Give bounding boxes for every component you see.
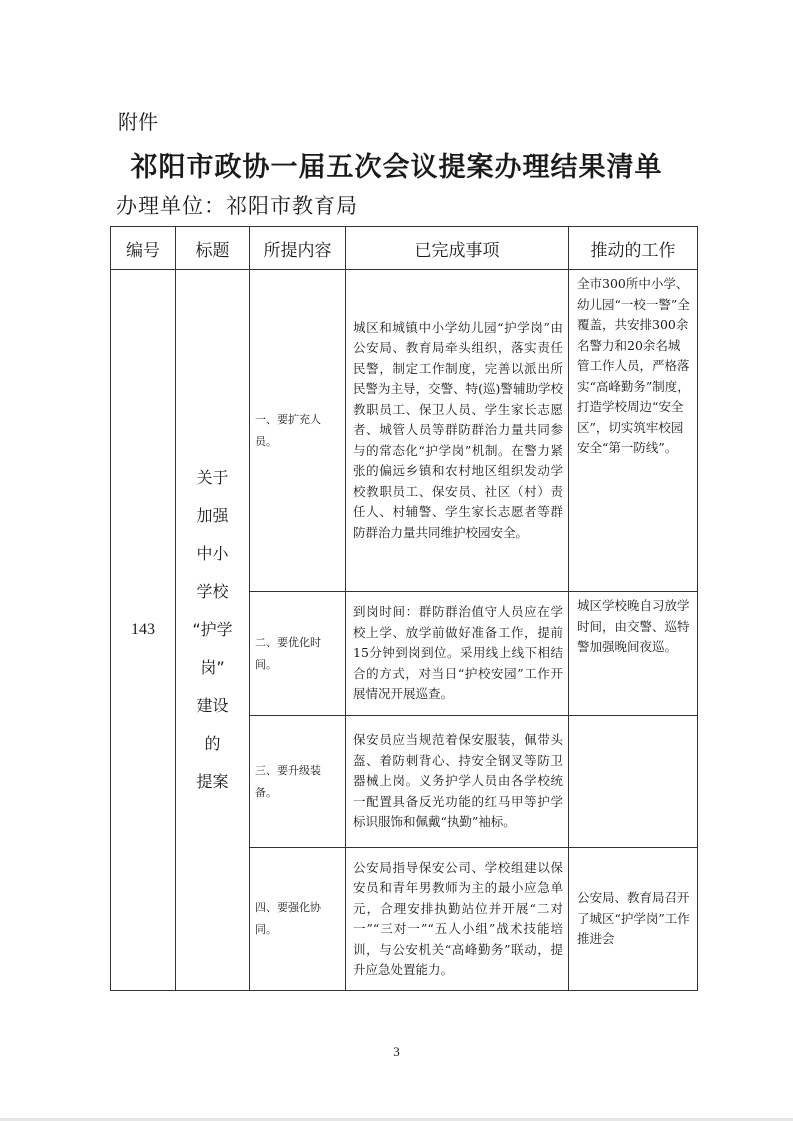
requirement-cell: 一、要扩充人员。 — [250, 270, 346, 592]
proposal-title-line: “护学 — [176, 611, 249, 649]
completed-cell: 城区和城镇中小学幼儿园“护学岗”由公安局、教育局牵头组织，落实责任民警，制定工作… — [346, 270, 569, 592]
column-header-title: 标题 — [176, 227, 250, 270]
proposal-title-line: 中小 — [176, 535, 249, 573]
promoted-cell: 城区学校晚自习放学时间，由交警、巡特警加强晚间夜巡。 — [569, 592, 698, 716]
requirement-cell: 三、要升级装备。 — [250, 716, 346, 848]
table-row: 143 关于 加强 中小 学校 “护学 岗” 建设 的 提案 一、要扩充人员。 … — [111, 270, 698, 592]
completed-cell: 到岗时间：群防群治值守人员应在学校上学、放学前做好准备工作，提前15分钟到岗到位… — [346, 592, 569, 716]
attachment-label: 附件 — [118, 106, 158, 135]
handling-unit: 办理单位：祁阳市教育局 — [116, 190, 358, 220]
column-header-content: 所提内容 — [250, 227, 346, 270]
column-header-number: 编号 — [111, 227, 176, 270]
promoted-cell: 全市300所中小学、幼儿园“一校一警”全覆盖，共安排300余名警力和20余名城管… — [569, 270, 698, 592]
column-header-completed: 已完成事项 — [346, 227, 569, 270]
proposal-number: 143 — [111, 270, 176, 991]
proposal-title-line: 关于 — [176, 459, 249, 497]
proposal-title-line: 岗” — [176, 649, 249, 687]
table-header-row: 编号 标题 所提内容 已完成事项 推动的工作 — [111, 227, 698, 270]
proposal-title-line: 的 — [176, 725, 249, 763]
promoted-cell — [569, 716, 698, 848]
promoted-cell: 公安局、教育局召开了城区“护学岗”工作推进会 — [569, 848, 698, 991]
proposal-title: 关于 加强 中小 学校 “护学 岗” 建设 的 提案 — [176, 270, 250, 991]
proposal-result-table: 编号 标题 所提内容 已完成事项 推动的工作 143 关于 加强 中小 学校 “… — [110, 226, 698, 991]
column-header-promoted: 推动的工作 — [569, 227, 698, 270]
page-number: 3 — [0, 1044, 793, 1060]
requirement-cell: 四、要强化协同。 — [250, 848, 346, 991]
completed-cell: 保安员应当规范着保安服装，佩带头盔、着防刺背心、持安全钢叉等防卫器械上岗。义务护… — [346, 716, 569, 848]
completed-cell: 公安局指导保安公司、学校组建以保安员和青年男教师为主的最小应急单元，合理安排执勤… — [346, 848, 569, 991]
proposal-title-line: 提案 — [176, 763, 249, 801]
proposal-title-line: 学校 — [176, 573, 249, 611]
proposal-title-line: 建设 — [176, 687, 249, 725]
proposal-title-line: 加强 — [176, 497, 249, 535]
document-title: 祁阳市政协一届五次会议提案办理结果清单 — [0, 145, 793, 184]
requirement-cell: 二、要优化时间。 — [250, 592, 346, 716]
